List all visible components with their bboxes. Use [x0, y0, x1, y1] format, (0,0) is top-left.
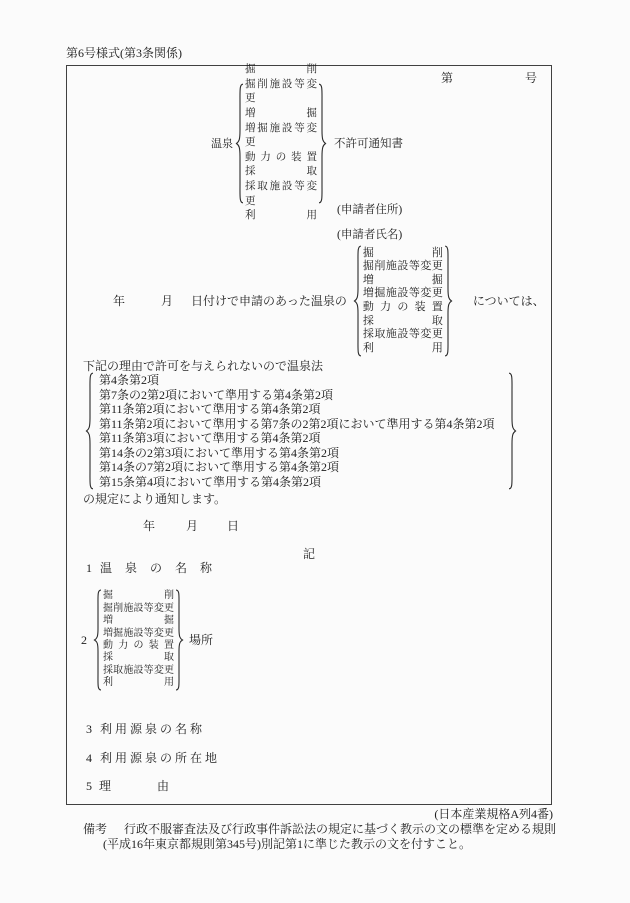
remarks: 備考 行政不服審査法及び行政事件訴訟法の規定に基づく教示の文の標準を定める規則 … — [83, 822, 583, 851]
option-line: 掘削施設等変更 — [103, 603, 174, 615]
date-day-label: 日 — [227, 519, 239, 533]
item-number: 5 — [86, 779, 92, 793]
item-label: 温泉の名称 — [100, 561, 212, 575]
notice-title: 不許可通知書 — [334, 137, 403, 151]
place-label: 場所 — [189, 633, 213, 647]
law-clause: 第7条の2第2項において準用する第4条第2項 — [99, 388, 503, 403]
item-number: 1 — [86, 561, 92, 575]
paper-size-note: (日本産業規格A列4番) — [434, 807, 553, 821]
option-line: 増掘施設等変更 — [245, 122, 317, 151]
option-line: 掘削 — [103, 590, 174, 602]
left-brace — [353, 245, 363, 357]
list-item-5: 5 理由 — [86, 779, 169, 793]
app-year-label: 年 — [113, 294, 125, 308]
list-item-1: 1 温泉の名称 — [86, 561, 212, 575]
option-list: 掘削 掘削施設等変更 増掘 増掘施設等変更 動力の装置 採取 採取施設等変更 利… — [245, 63, 317, 224]
right-brace — [443, 245, 453, 357]
number-prefix: 第 — [441, 71, 453, 85]
option-line: 増掘施設等変更 — [103, 628, 174, 640]
option-line: 掘削施設等変更 — [363, 260, 443, 274]
onsen-label: 温泉 — [211, 137, 233, 151]
option-line: 採取 — [363, 315, 443, 329]
remarks-line2: (平成16年東京都規則第345号)別記第1に準じた教示の文を付すこと。 — [103, 837, 583, 851]
left-brace — [85, 372, 95, 490]
option-line: 増掘 — [245, 107, 317, 122]
law-clause: 第11条第3項において準用する第4条第2項 — [99, 431, 503, 446]
law-clause: 第4条第2項 — [99, 373, 503, 388]
reason-outro: の規定により通知します。 — [83, 492, 226, 506]
list-item-2: 2 掘削 掘削施設等変更 増掘 増掘施設等変更 動力の装置 採取 採取施設等変更… — [81, 589, 213, 691]
option-line: 増掘 — [103, 615, 174, 627]
option-line: 掘削 — [363, 247, 443, 261]
applicant-address-label: (申請者住所) — [337, 203, 402, 217]
document-page: 第6号様式(第3条関係) 第 号 温泉 掘削 掘削施設等変更 増掘 増掘施設等変… — [0, 0, 630, 903]
option-list: 掘削 掘削施設等変更 増掘 増掘施設等変更 動力の装置 採取 採取施設等変更 利… — [103, 590, 174, 689]
document-frame: 第 号 温泉 掘削 掘削施設等変更 増掘 増掘施設等変更 動力の装置 採取 採取… — [66, 65, 552, 805]
option-line: 増掘施設等変更 — [363, 287, 443, 301]
right-brace — [507, 372, 517, 490]
option-line: 掘削施設等変更 — [245, 78, 317, 107]
option-line: 採取 — [103, 652, 174, 664]
remarks-label: 備考 — [83, 822, 107, 836]
app-tail-text: については、 — [473, 294, 545, 308]
date-year-label: 年 — [143, 519, 155, 533]
law-clause: 第15条第4項において準用する第4条第2項 — [99, 475, 503, 490]
ki-heading: 記 — [67, 547, 551, 561]
list-item-4: 4 利用源泉の所在地 — [86, 751, 220, 765]
option-line: 動力の装置 — [103, 640, 174, 652]
right-brace — [317, 83, 327, 204]
item-number: 2 — [81, 633, 87, 647]
remarks-line1: 行政不服審査法及び行政事件訴訟法の規定に基づく教示の文の標準を定める規則 — [124, 822, 556, 836]
option-line: 利用 — [103, 677, 174, 689]
option-line: 採取施設等変更 — [363, 328, 443, 342]
form-title: 第6号様式(第3条関係) — [66, 46, 182, 60]
list-item-3: 3 利用源泉の名称 — [86, 722, 205, 736]
applicant-name-label: (申請者氏名) — [337, 228, 402, 242]
option-line: 採取施設等変更 — [103, 665, 174, 677]
reason-intro: 下記の理由で許可を与えられないので温泉法 — [83, 359, 323, 373]
law-clause-block: 第4条第2項 第7条の2第2項において準用する第4条第2項 第11条第2項におい… — [85, 372, 517, 490]
item-number: 4 — [86, 751, 92, 765]
application-line: 年 月 日付けで申請のあった温泉の 掘削 掘削施設等変更 増掘 増掘施設等変更 … — [113, 245, 545, 357]
item-number: 3 — [86, 722, 92, 736]
law-clause: 第14条の7第2項において準用する第4条第2項 — [99, 460, 503, 475]
option-line: 動力の装置 — [363, 301, 443, 315]
left-brace — [235, 83, 245, 204]
option-line: 利用 — [245, 209, 317, 224]
app-lead-text: 日付けで申請のあった温泉の — [191, 294, 347, 308]
right-brace — [174, 589, 184, 691]
law-clause-list: 第4条第2項 第7条の2第2項において準用する第4条第2項 第11条第2項におい… — [99, 372, 503, 490]
date-month-label: 月 — [186, 519, 198, 533]
number-suffix: 号 — [525, 71, 537, 85]
option-line: 採取施設等変更 — [245, 180, 317, 209]
item-label: 理由 — [99, 779, 169, 793]
left-brace — [93, 589, 103, 691]
option-line: 動力の装置 — [245, 151, 317, 166]
option-line: 利用 — [363, 342, 443, 356]
law-clause: 第11条第2項において準用する第4条第2項 — [99, 402, 503, 417]
option-line: 掘削 — [245, 63, 317, 78]
title-brace-group: 温泉 掘削 掘削施設等変更 増掘 増掘施設等変更 動力の装置 採取 採取施設等変… — [211, 83, 403, 204]
option-line: 採取 — [245, 165, 317, 180]
option-line: 増掘 — [363, 274, 443, 288]
app-month-label: 月 — [161, 294, 173, 308]
option-list: 掘削 掘削施設等変更 増掘 増掘施設等変更 動力の装置 採取 採取施設等変更 利… — [363, 247, 443, 356]
item-label: 利用源泉の名称 — [100, 722, 205, 736]
issue-date-line: 年 月 日 — [143, 519, 239, 533]
law-clause: 第14条の2第3項において準用する第4条第2項 — [99, 446, 503, 461]
document-number: 第 号 — [441, 71, 537, 85]
item-label: 利用源泉の所在地 — [100, 751, 220, 765]
law-clause: 第11条第2項において準用する第7条の2第2項において準用する第4条第2項 — [99, 417, 503, 432]
